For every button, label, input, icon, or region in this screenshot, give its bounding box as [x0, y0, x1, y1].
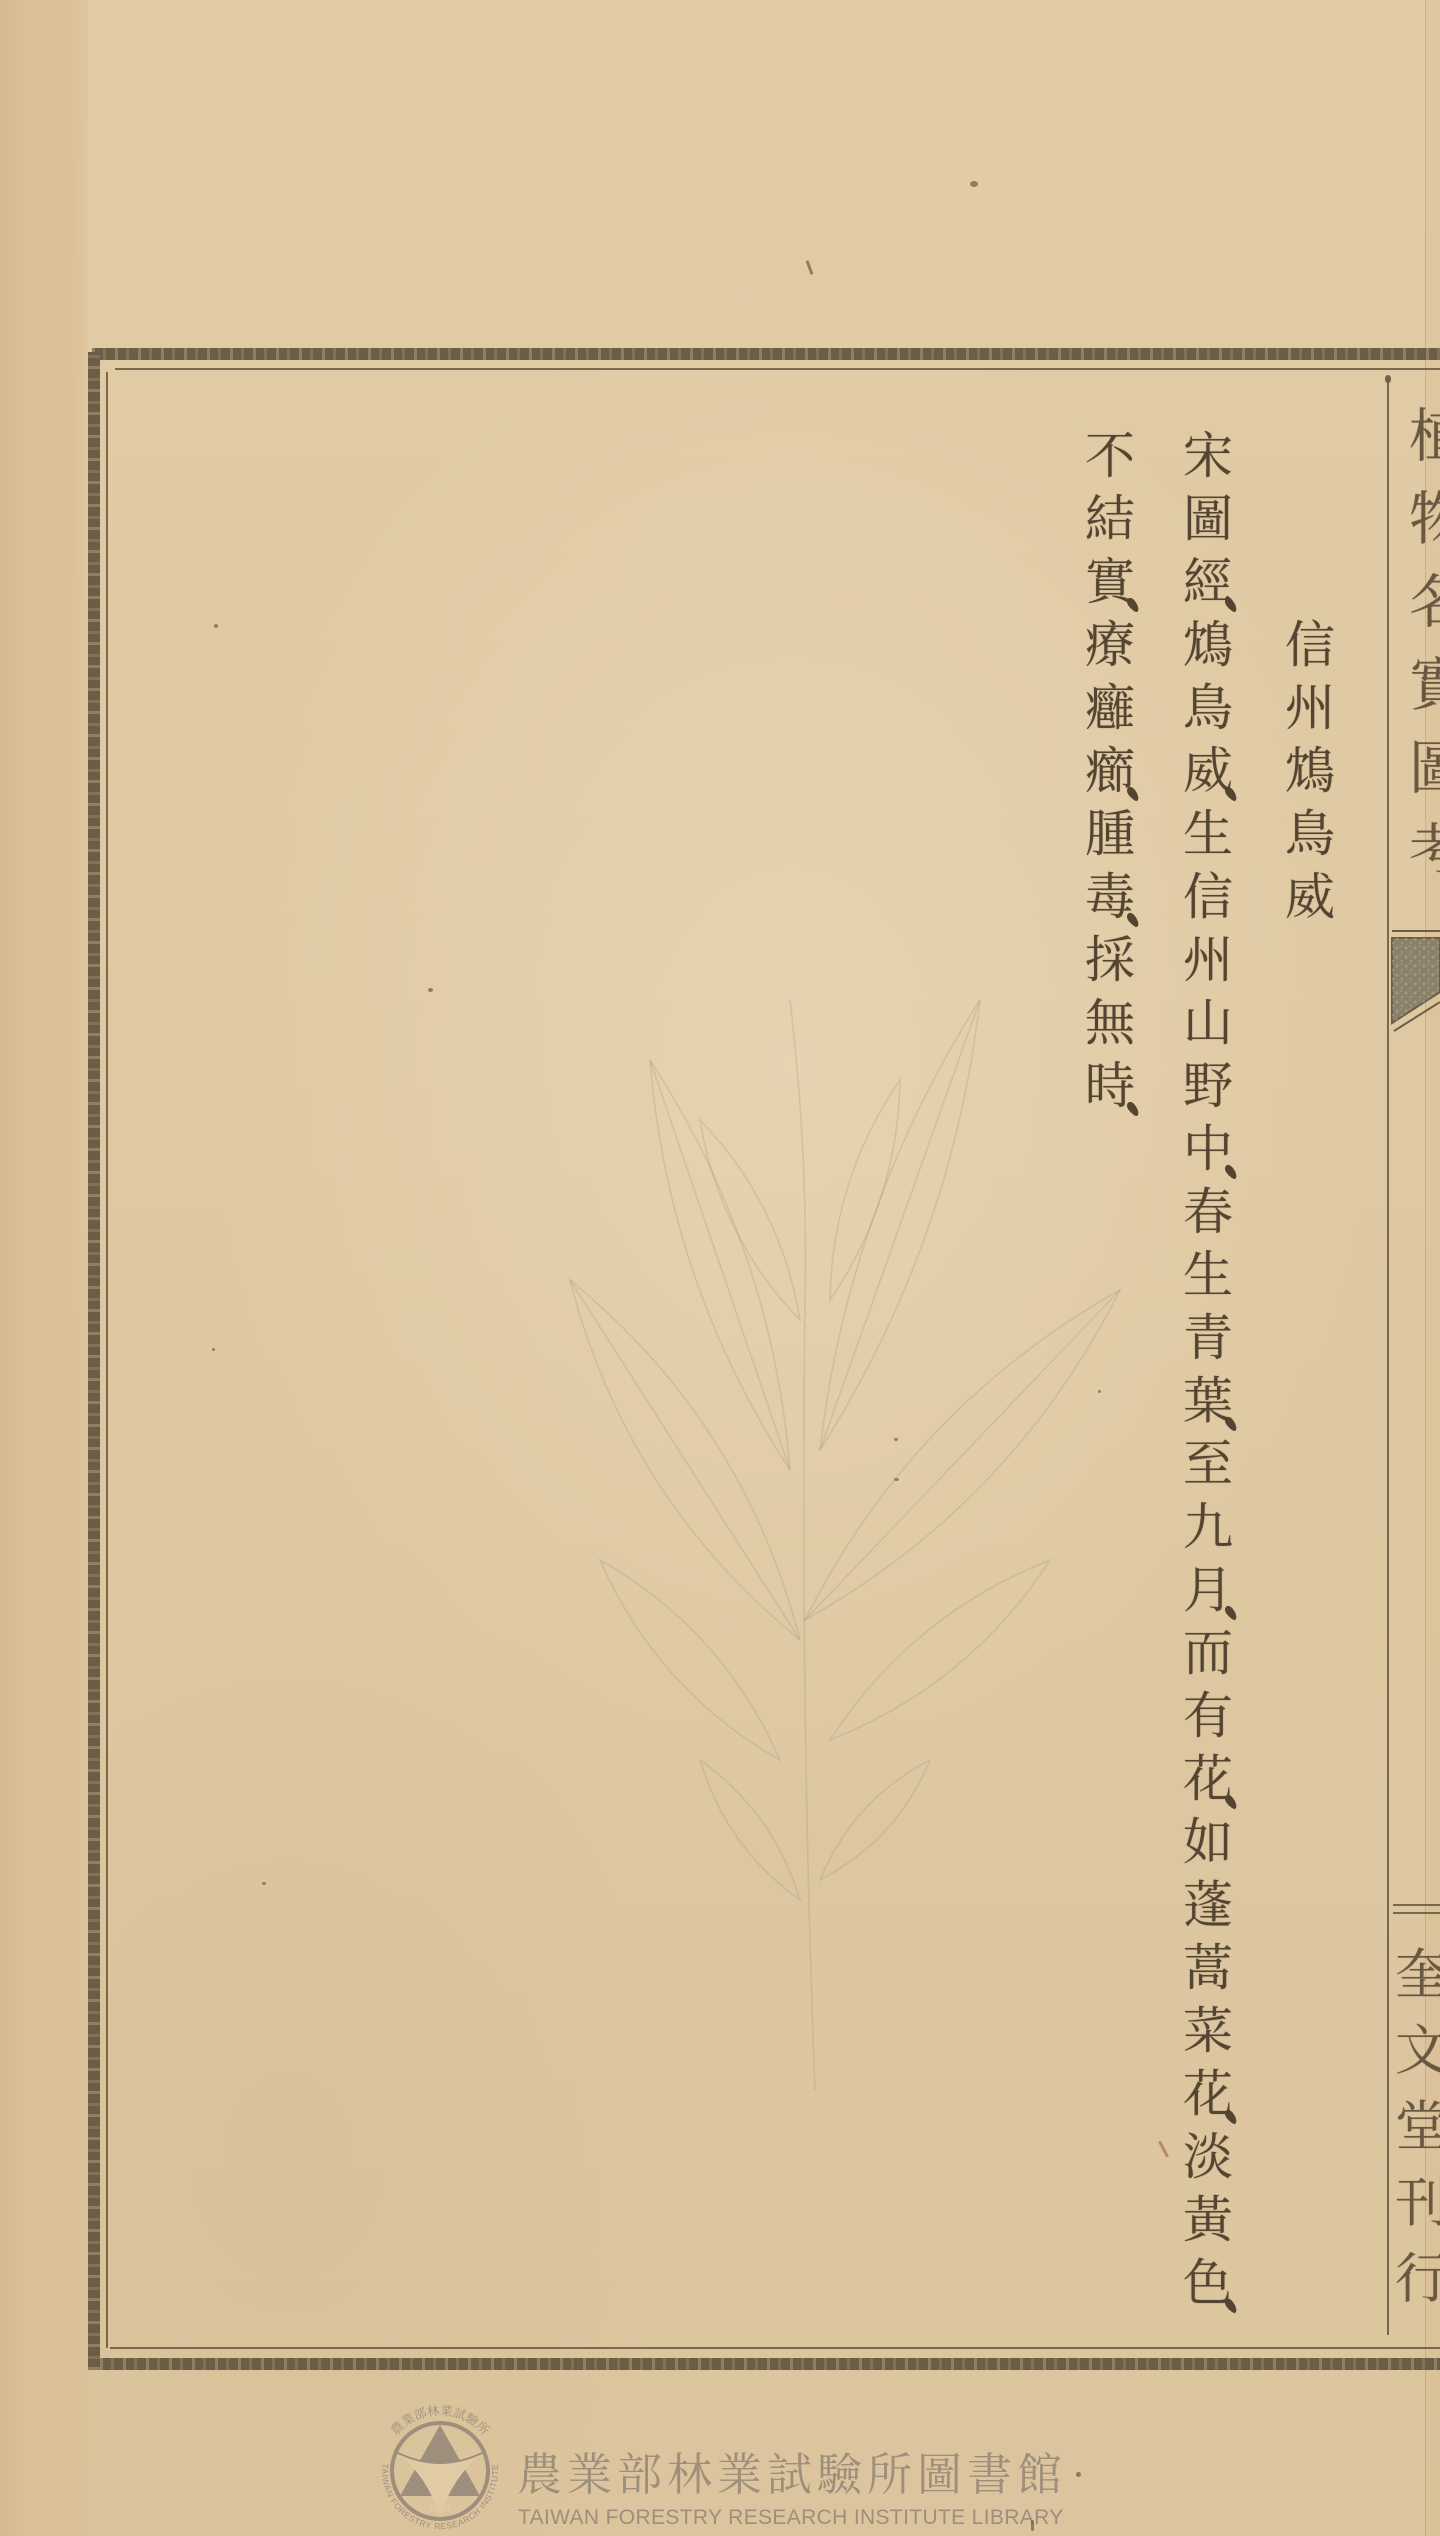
glyph: 無 [1080, 992, 1140, 1055]
paper-speck [806, 260, 814, 275]
glyph: 鴆 [1178, 614, 1238, 677]
glyph: 不 [1080, 425, 1140, 488]
paper-speck [262, 1882, 266, 1885]
glyph: 時、 [1080, 1055, 1140, 1118]
glyph: 物 [1405, 478, 1440, 561]
punctuation-mark: 、 [1125, 785, 1141, 803]
scanned-book-page: 農業部林業試驗所 TAIWAN FORESTRY RESEARCH INSTIT… [0, 0, 1440, 2536]
publisher-separator-rule-1 [1393, 1904, 1440, 1906]
frame-top-thick-rule [92, 348, 1440, 360]
frame-left-thin-rule [106, 372, 108, 2348]
glyph: 州 [1178, 929, 1238, 992]
paper-speck [214, 624, 218, 628]
glyph: 腫 [1080, 803, 1140, 866]
glyph: 鳥 [1178, 677, 1238, 740]
glyph: 名 [1405, 561, 1440, 644]
glyph: 野 [1178, 1055, 1238, 1118]
glyph: 生 [1178, 803, 1238, 866]
glyph: 春 [1178, 1181, 1238, 1244]
punctuation-mark: 、 [1223, 785, 1239, 803]
punctuation-mark: 、 [1223, 2297, 1239, 2315]
institute-logo-icon: 農業部林業試驗所 TAIWAN FORESTRY RESEARCH INSTIT… [380, 2403, 500, 2532]
glyph: 威、 [1178, 740, 1238, 803]
glyph: 生 [1178, 1244, 1238, 1307]
glyph: 威 [1280, 866, 1340, 929]
glyph: 圖 [1405, 727, 1440, 810]
glyph: 經、 [1178, 551, 1238, 614]
center-column-rule [1387, 378, 1389, 2335]
paper-speck [428, 988, 433, 992]
glyph: 毒、 [1080, 866, 1140, 929]
glyph: 堂 [1393, 2089, 1440, 2165]
glyph: 實 [1405, 644, 1440, 727]
paper-speck [970, 181, 978, 187]
glyph: 葉、 [1178, 1370, 1238, 1433]
glyph: 而 [1178, 1622, 1238, 1685]
paper-speck [1076, 2472, 1081, 2477]
punctuation-mark: 、 [1223, 1793, 1239, 1811]
glyph: 癰 [1080, 677, 1140, 740]
glyph: 花、 [1178, 2063, 1238, 2126]
punctuation-mark: 、 [1223, 596, 1239, 614]
entry-text-column-1: 宋圖經、鴆鳥威、生信州山野中、春生青葉、至九月、而有花、如蓬蒿菜花、淡黃色、 [1178, 425, 1238, 2315]
glyph: 採 [1080, 929, 1140, 992]
glyph: 九 [1178, 1496, 1238, 1559]
library-name-en: TAIWAN FORESTRY RESEARCH INSTITUTE LIBRA… [518, 2505, 1064, 2531]
glyph: 實、 [1080, 551, 1140, 614]
glyph: 蓬 [1178, 1874, 1238, 1937]
glyph: 蒿 [1178, 1937, 1238, 2000]
paper-speck [212, 1348, 215, 1351]
center-column-rule-knob [1385, 375, 1391, 383]
entry-text-column-2: 不結實、療癰癤、腫毒、採無時、 [1080, 425, 1140, 1118]
entry-title: 信州鴆鳥威 [1280, 614, 1340, 929]
glyph: 考 [1405, 810, 1440, 893]
punctuation-mark: 、 [1223, 1604, 1239, 1622]
glyph: 有 [1178, 1685, 1238, 1748]
glyph: 至 [1178, 1433, 1238, 1496]
page-edge-strip [0, 0, 88, 2536]
frame-bottom-thick-rule [100, 2358, 1440, 2370]
paper-speck [894, 1438, 898, 1441]
glyph: 奎 [1393, 1937, 1440, 2013]
glyph: 山 [1178, 992, 1238, 1055]
center-column-publisher: 奎文堂刊行 [1393, 1937, 1440, 2317]
glyph: 信 [1178, 866, 1238, 929]
glyph: 圖 [1178, 488, 1238, 551]
center-column-book-title: 植物名實圖考 [1405, 395, 1440, 893]
publisher-separator-rule-2 [1393, 1912, 1440, 1914]
glyph: 結 [1080, 488, 1140, 551]
punctuation-mark: 、 [1223, 2108, 1239, 2126]
glyph: 鴆 [1280, 740, 1340, 803]
glyph: 月、 [1178, 1559, 1238, 1622]
glyph: 青 [1178, 1307, 1238, 1370]
glyph: 花、 [1178, 1748, 1238, 1811]
glyph: 信 [1280, 614, 1340, 677]
glyph: 刊 [1393, 2165, 1440, 2241]
glyph: 植 [1405, 395, 1440, 478]
glyph: 州 [1280, 677, 1340, 740]
frame-bottom-thin-rule [110, 2347, 1440, 2349]
glyph: 宋 [1178, 425, 1238, 488]
logo-year: 1896 [429, 2504, 452, 2515]
glyph: 文 [1393, 2013, 1440, 2089]
paper-speck [1158, 2140, 1169, 2157]
punctuation-mark: 、 [1125, 911, 1141, 929]
paper-speck [894, 1478, 899, 1481]
glyph: 菜 [1178, 2000, 1238, 2063]
punctuation-mark: 、 [1223, 1163, 1239, 1181]
frame-left-thick-rule [88, 352, 100, 2370]
glyph: 癤、 [1080, 740, 1140, 803]
bleed-through-plant-drawing [570, 1000, 1120, 2090]
punctuation-mark: 、 [1125, 1100, 1141, 1118]
glyph: 淡 [1178, 2126, 1238, 2189]
glyph: 療 [1080, 614, 1140, 677]
logo-ring-text-en: TAIWAN FORESTRY RESEARCH INSTITUTE [380, 2463, 500, 2531]
glyph: 如 [1178, 1811, 1238, 1874]
punctuation-mark: 、 [1125, 596, 1141, 614]
glyph: 黃 [1178, 2189, 1238, 2252]
library-name-zh: 農業部林業試驗所圖書館 [517, 2451, 1067, 2499]
logo-ring-text-zh: 農業部林業試驗所 [388, 2403, 493, 2439]
glyph: 行 [1393, 2241, 1440, 2317]
frame-top-thin-rule [115, 368, 1440, 370]
glyph: 中、 [1178, 1118, 1238, 1181]
paper-speck [1098, 1390, 1101, 1393]
paper-speck [1031, 2520, 1034, 2531]
glyph: 鳥 [1280, 803, 1340, 866]
punctuation-mark: 、 [1223, 1415, 1239, 1433]
glyph: 色、 [1178, 2252, 1238, 2315]
